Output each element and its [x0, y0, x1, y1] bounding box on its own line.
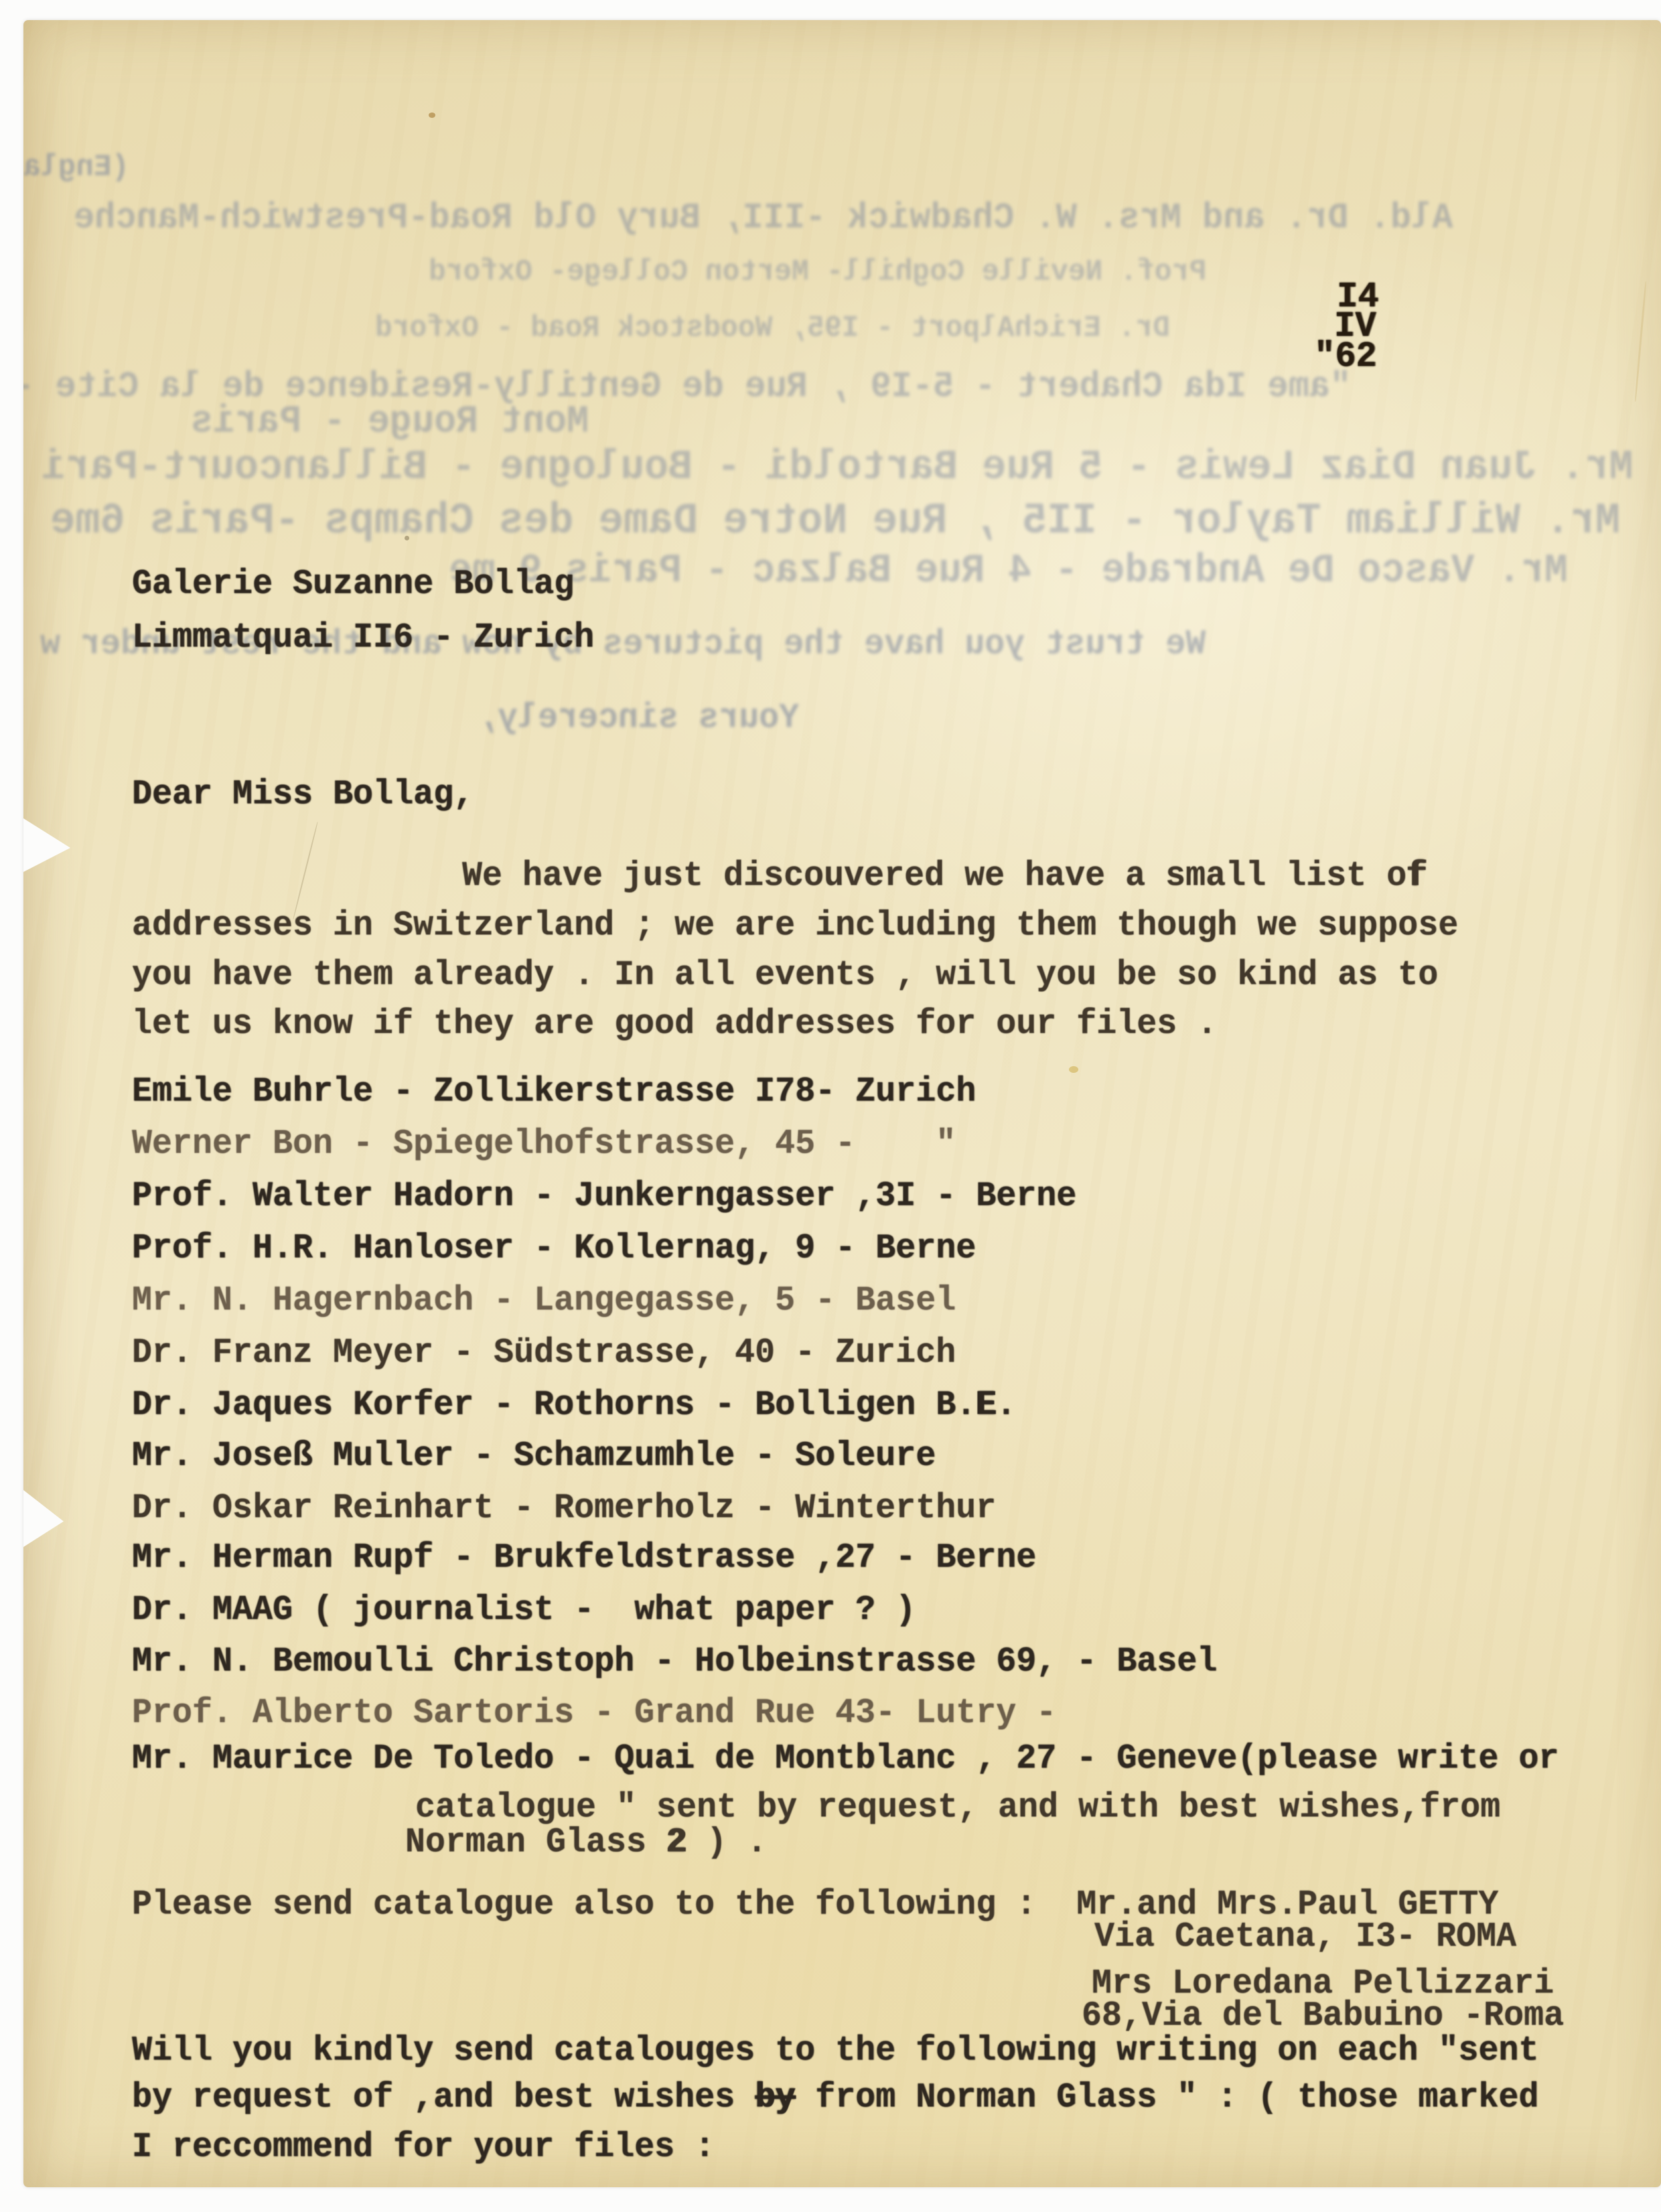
paper-fleck-1 [429, 113, 435, 118]
paper-scratch-1 [293, 822, 318, 919]
paper-tear-notch-2 [23, 1490, 64, 1547]
paper-fleck-2 [1069, 1066, 1078, 1073]
paper-artifact-layer [23, 20, 1661, 2187]
scanned-letter-page: (EnglanAld. Dr. and Mrs. W. Chadwick -II… [0, 0, 1661, 2212]
paper-tear-notch-1 [23, 818, 70, 872]
paper-sheet: (EnglanAld. Dr. and Mrs. W. Chadwick -II… [23, 20, 1661, 2187]
paper-fleck-3 [405, 536, 409, 540]
paper-fiber-1 [1634, 281, 1647, 402]
